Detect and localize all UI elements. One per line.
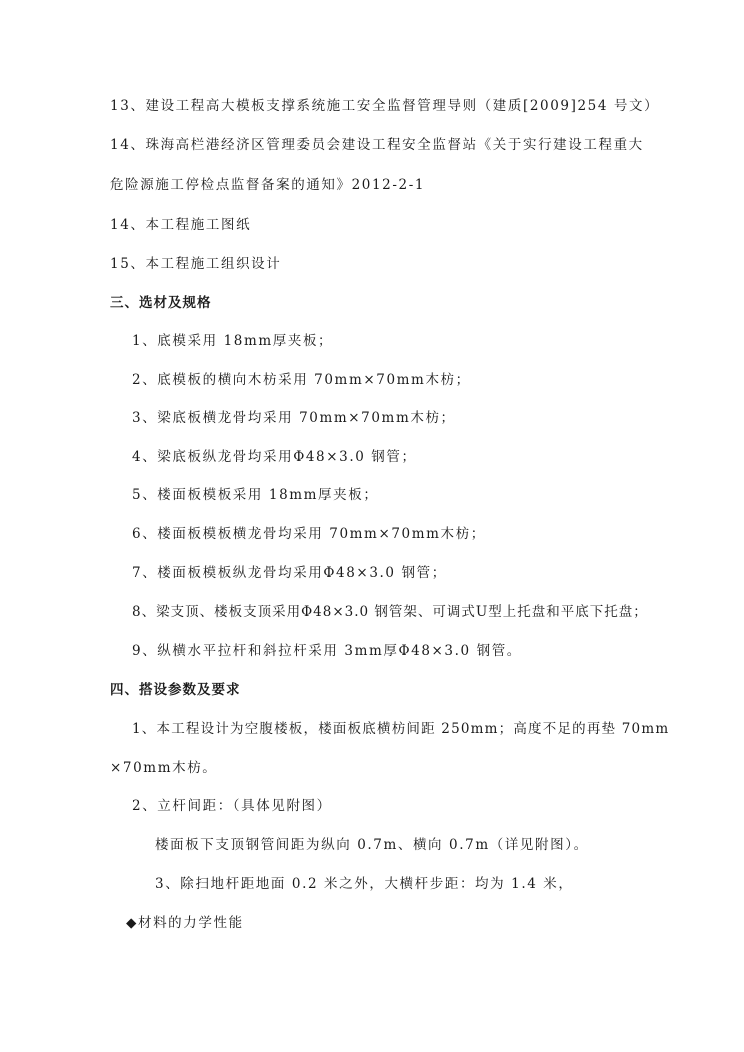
section-4-para-1-cont: ×70mm木枋。 xyxy=(110,758,217,778)
section-4-para-2: 2、立杆间距：（具体见附图） xyxy=(132,796,332,816)
section-3-item: 8、梁支顶、楼板支顶采用Φ48×3.0 钢管架、可调式U型上托盘和平底下托盘； xyxy=(132,602,648,622)
section-3-item: 6、楼面板模板横龙骨均采用 70mm×70mm木枋； xyxy=(132,524,486,544)
section-4-para-2-detail: 楼面板下支顶钢管间距为纵向 0.7m、横向 0.7m（详见附图）。 xyxy=(155,835,589,855)
section-3-item: 7、楼面板模板纵龙骨均采用Φ48×3.0 钢管； xyxy=(132,563,447,583)
section-3-item: 9、纵横水平拉杆和斜拉杆采用 3mm厚Φ48×3.0 钢管。 xyxy=(132,641,522,661)
bullet-item: ◆材料的力学性能 xyxy=(126,913,244,933)
section-3-item: 2、底模板的横向木枋采用 70mm×70mm木枋； xyxy=(132,370,471,390)
section-3-item: 3、梁底板横龙骨均采用 70mm×70mm木枋； xyxy=(132,408,456,428)
reference-13: 13、建设工程高大模板支撑系统施工安全监督管理导则（建质[2009]254 号文… xyxy=(110,96,659,116)
bullet-text: 材料的力学性能 xyxy=(138,915,244,931)
section-4-heading: 四、搭设参数及要求 xyxy=(110,680,241,700)
reference-14b: 14、本工程施工图纸 xyxy=(110,215,251,235)
section-4-para-3: 3、除扫地杆距地面 0.2 米之外，大横杆步距：均为 1.4 米， xyxy=(155,874,574,894)
reference-14-line1: 14、珠海高栏港经济区管理委员会建设工程安全监督站《关于实行建设工程重大 xyxy=(110,135,644,155)
reference-14-line2: 危险源施工停检点监督备案的通知》2012-2-1 xyxy=(110,175,425,195)
diamond-bullet-icon: ◆ xyxy=(126,915,138,931)
reference-15: 15、本工程施工组织设计 xyxy=(110,254,281,274)
section-3-item: 5、楼面板模板采用 18mm厚夹板； xyxy=(132,485,378,505)
section-3-heading: 三、选材及规格 xyxy=(110,293,212,313)
section-3-item: 1、底模采用 18mm厚夹板； xyxy=(132,331,333,351)
section-4-para-1: 1、本工程设计为空腹楼板，楼面板底横枋间距 250mm；高度不足的再垫 70mm xyxy=(132,719,669,739)
section-3-item: 4、梁底板纵龙骨均采用Φ48×3.0 钢管； xyxy=(132,447,417,467)
